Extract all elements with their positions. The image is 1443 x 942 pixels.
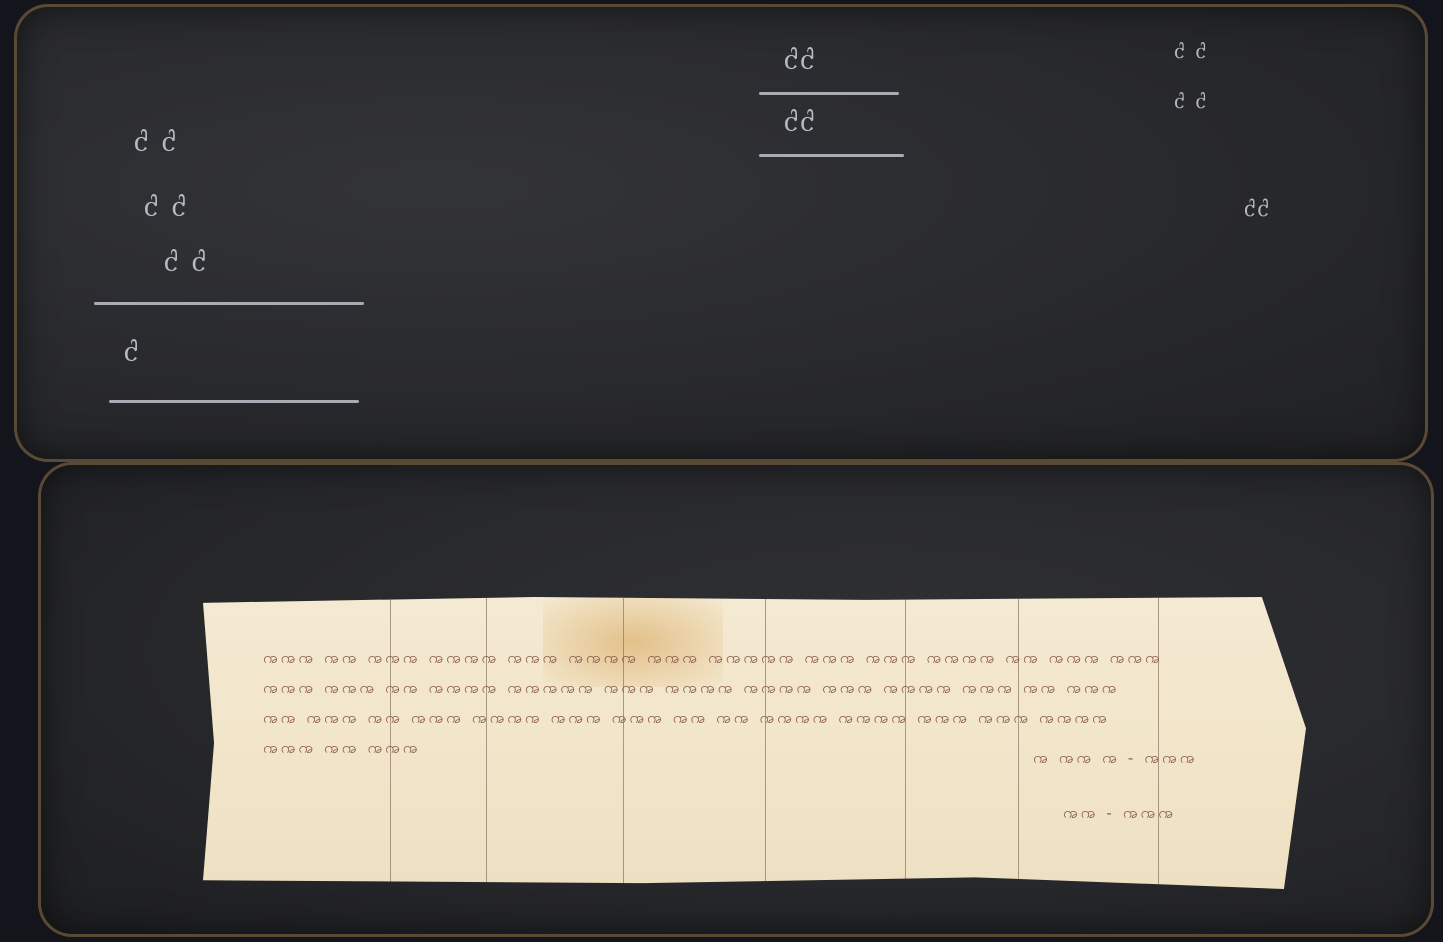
fold-line bbox=[623, 597, 624, 889]
fold-line bbox=[905, 597, 906, 889]
top-cover-board: Upper cover with chalk inscriptions ᦺ ᦺ … bbox=[14, 4, 1428, 462]
paper-label: Handwritten Burmese script in brown ink … bbox=[203, 597, 1306, 889]
manuscript-text-line: ꩠꩠ ꩠꩠꩠ ꩠꩠ ꩠꩠꩠ ꩠꩠꩠꩠ ꩠꩠꩠ ꩠꩠꩠ ꩠꩠ ꩠꩠ ꩠꩠꩠꩠ ꩠꩠ… bbox=[263, 707, 1110, 731]
chalk-inscription: ᦺᦺ bbox=[784, 104, 816, 141]
chalk-inscription: ᦺ ᦺ bbox=[144, 189, 188, 226]
manuscript-text-line: ꩠꩠꩠ ꩠꩠꩠ ꩠꩠ ꩠꩠꩠꩠ ꩠꩠꩠꩠꩠ ꩠꩠꩠ ꩠꩠꩠꩠ ꩠꩠꩠꩠ ꩠꩠꩠ … bbox=[263, 677, 1119, 701]
manuscript-text-line: ꩠꩠ - ꩠꩠꩠ bbox=[1063, 802, 1176, 826]
chalk-underline bbox=[759, 92, 899, 95]
chalk-underline bbox=[109, 400, 359, 403]
chalk-inscription: ᦺ ᦺ bbox=[164, 244, 208, 281]
chalk-inscription: ᦺ bbox=[124, 334, 140, 371]
chalk-inscription: ᦺᦺ bbox=[1244, 194, 1271, 224]
fold-line bbox=[1018, 597, 1019, 889]
chalk-inscription: ᦺ ᦺ bbox=[1174, 89, 1208, 115]
manuscript-text-line: ꩠꩠꩠ ꩠꩠ ꩠꩠꩠ ꩠꩠꩠꩠ ꩠꩠꩠ ꩠꩠꩠꩠ ꩠꩠꩠ ꩠꩠꩠꩠꩠ ꩠꩠꩠ ꩠ… bbox=[263, 647, 1163, 671]
chalk-underline bbox=[759, 154, 904, 157]
chalk-underline bbox=[94, 302, 364, 305]
manuscript-text-line: ꩠ ꩠꩠ ꩠ - ꩠꩠꩠ bbox=[1033, 747, 1197, 771]
manuscript-text-line: ꩠꩠꩠ ꩠꩠ ꩠꩠꩠ bbox=[263, 737, 420, 761]
fold-line bbox=[486, 597, 487, 889]
water-stain bbox=[543, 597, 723, 687]
chalk-inscription: ᦺ ᦺ bbox=[1174, 39, 1208, 65]
fold-line bbox=[1158, 597, 1159, 889]
fold-line bbox=[765, 597, 766, 889]
chalk-inscription: ᦺᦺ bbox=[784, 42, 816, 79]
chalk-inscription: ᦺ ᦺ bbox=[134, 124, 178, 161]
